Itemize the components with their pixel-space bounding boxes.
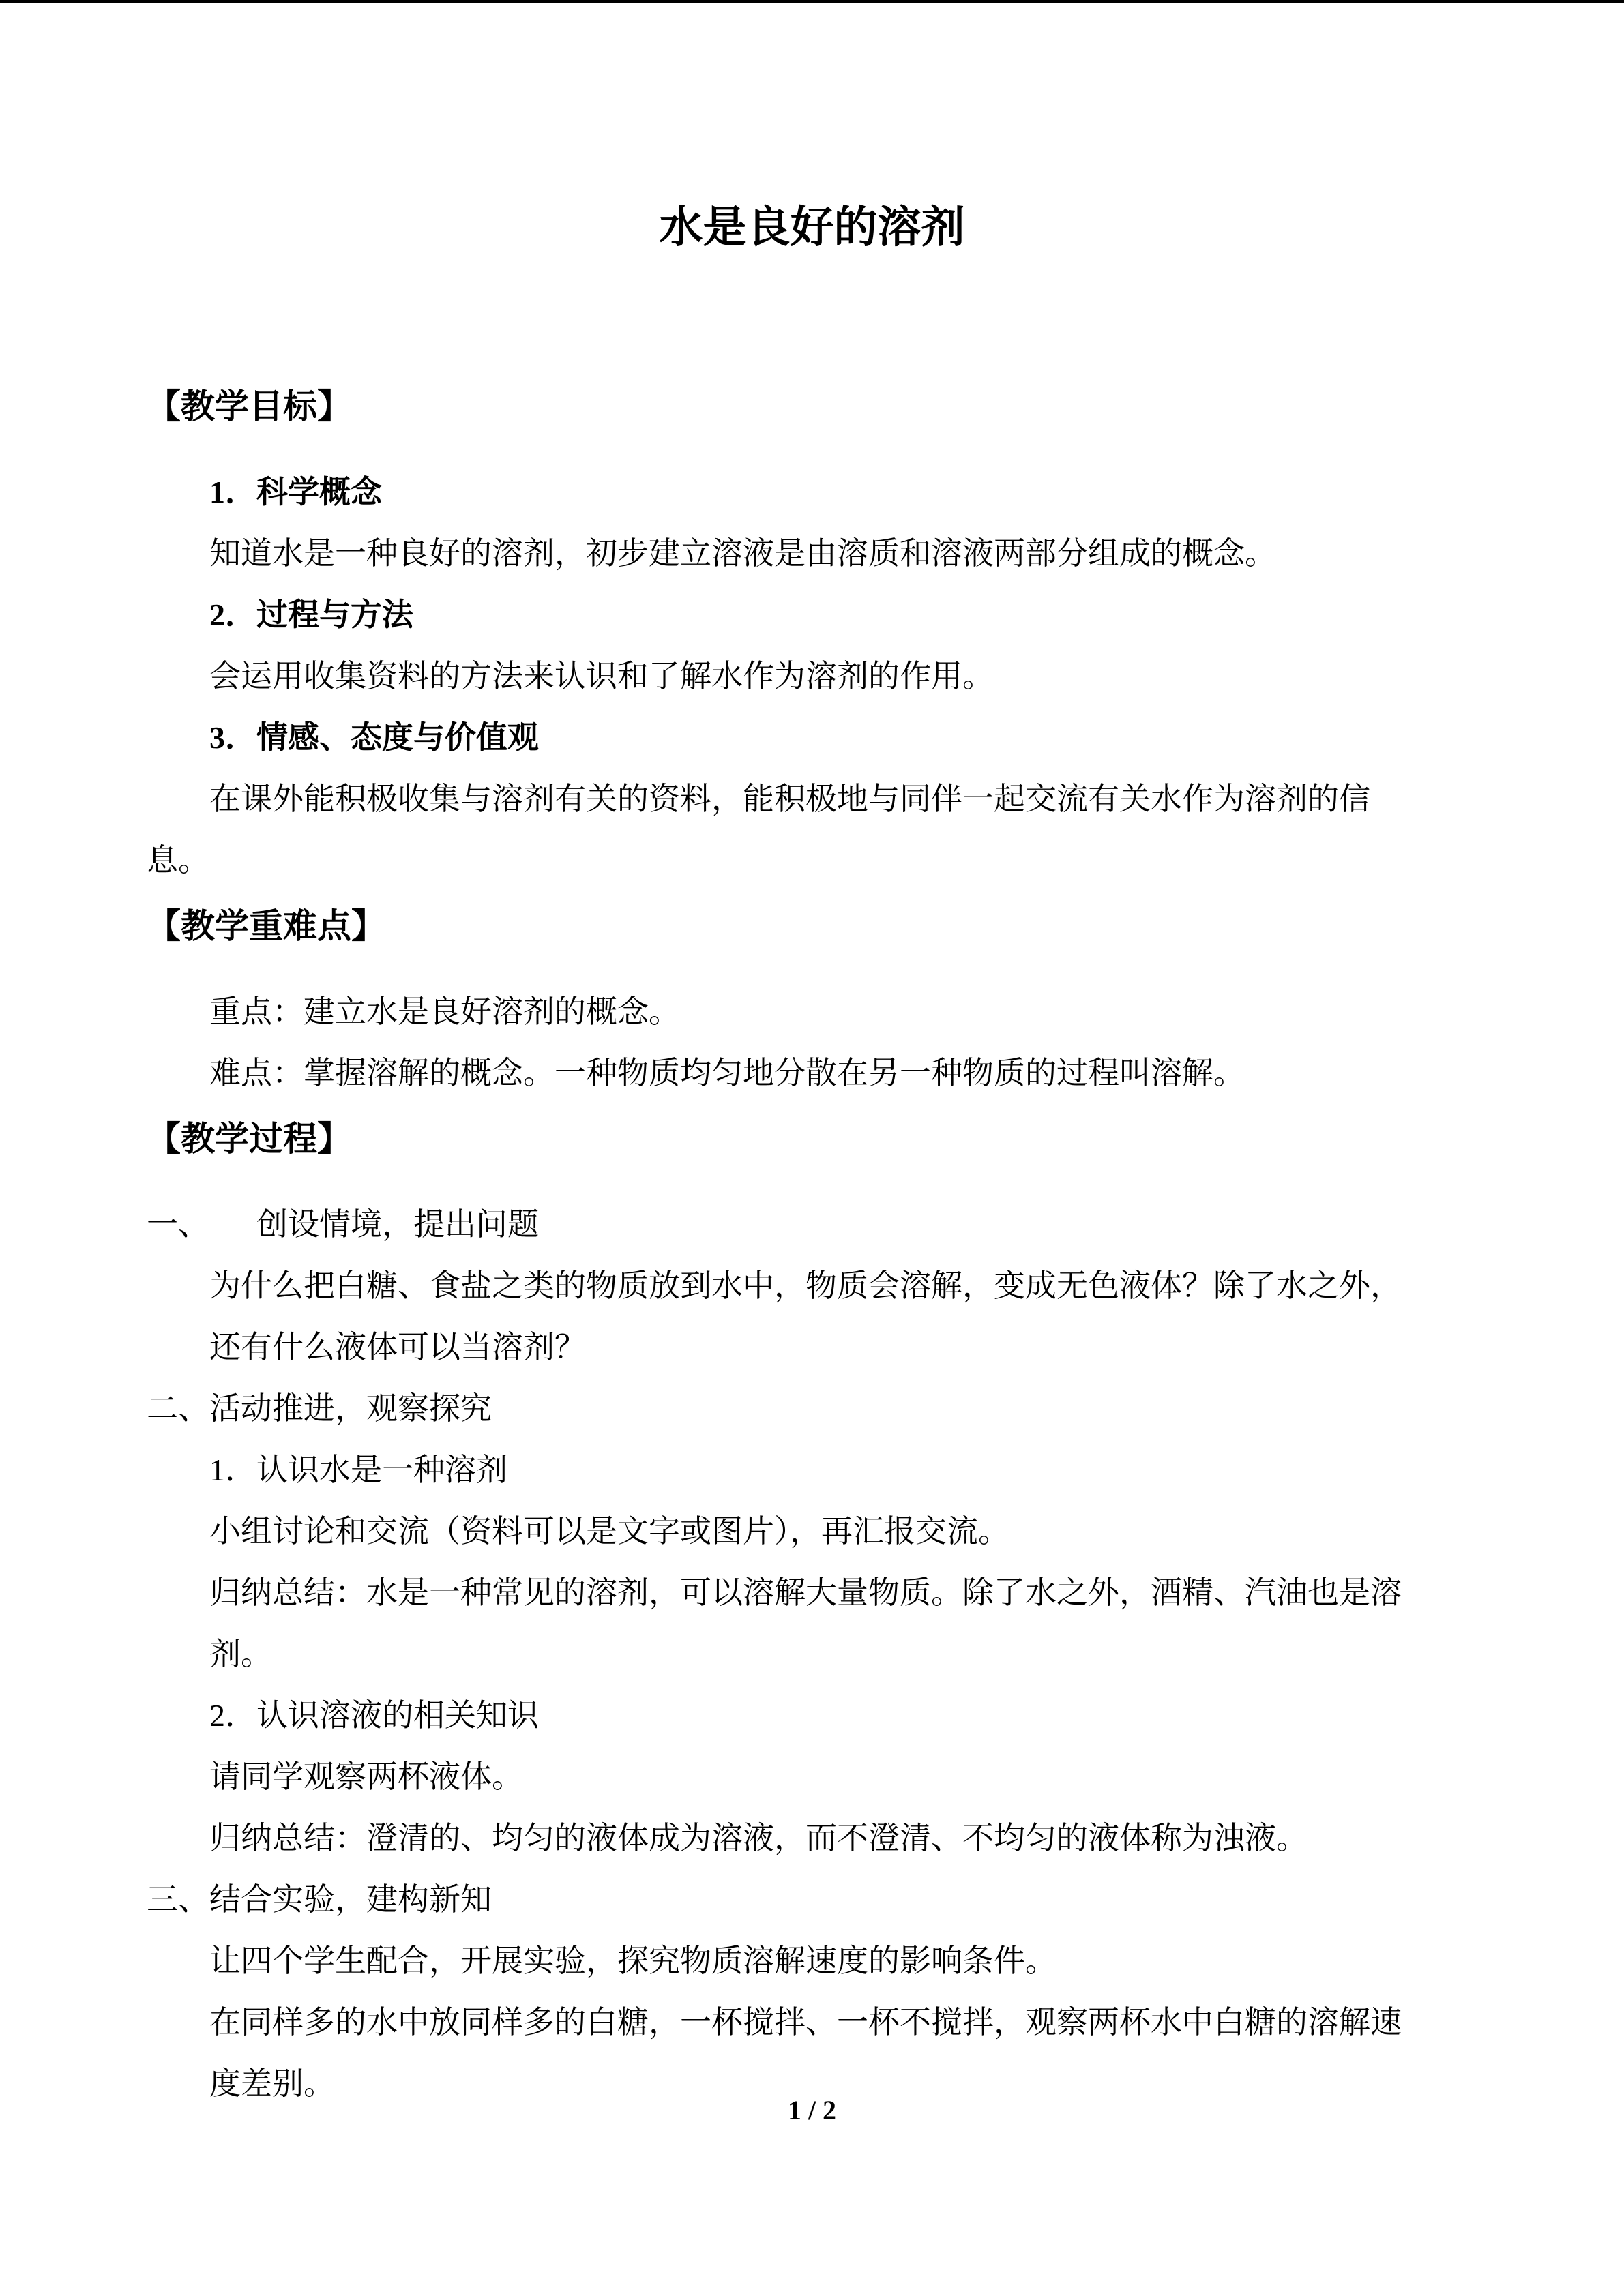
section-item: 一、 创设情境，提出问题 (147, 1194, 1511, 1255)
paragraph-line: 难点：掌握溶解的概念。一种物质均匀地分散在另一种物质的过程叫溶解。 (147, 1043, 1511, 1104)
document-title: 水是良好的溶剂 (0, 205, 1624, 251)
section-heading: 【教学过程】 (147, 1104, 1511, 1174)
paragraph-line: 重点：建立水是良好溶剂的概念。 (147, 981, 1511, 1043)
paragraph-line: 请同学观察两杯液体。 (147, 1746, 1511, 1808)
sub-heading: 3．情感、态度与价值观 (147, 707, 1511, 769)
document-page: 水是良好的溶剂 【教学目标】1．科学概念知道水是一种良好的溶剂，初步建立溶液是由… (0, 0, 1624, 2296)
paragraph-line: 让四个学生配合，开展实验，探究物质溶解速度的影响条件。 (147, 1930, 1511, 1992)
paragraph-line: 归纳总结：水是一种常见的溶剂，可以溶解大量物质。除了水之外，酒精、汽油也是溶 (147, 1562, 1511, 1624)
paragraph-line: 剂。 (147, 1624, 1511, 1685)
sub-heading: 2．过程与方法 (147, 584, 1511, 646)
paragraph-line: 为什么把白糖、食盐之类的物质放到水中，物质会溶解，变成无色液体？除了水之外， (147, 1255, 1511, 1317)
paragraph-line: 小组讨论和交流（资料可以是文字或图片），再汇报交流。 (147, 1501, 1511, 1562)
paragraph-line: 知道水是一种良好的溶剂，初步建立溶液是由溶质和溶液两部分组成的概念。 (147, 523, 1511, 584)
document-body: 【教学目标】1．科学概念知道水是一种良好的溶剂，初步建立溶液是由溶质和溶液两部分… (147, 372, 1511, 2115)
top-border-bar (0, 0, 1624, 3)
page-number: 1 / 2 (0, 2095, 1624, 2126)
paragraph-line: 在课外能积极收集与溶剂有关的资料，能积极地与同伴一起交流有关水作为溶剂的信 (147, 769, 1511, 830)
paragraph-line: 还有什么液体可以当溶剂？ (147, 1317, 1511, 1378)
paragraph-line: 会运用收集资料的方法来认识和了解水作为溶剂的作用。 (147, 646, 1511, 707)
paragraph-line: 息。 (147, 830, 1511, 891)
paragraph-line: 在同样多的水中放同样多的白糖，一杯搅拌、一杯不搅拌，观察两杯水中白糖的溶解速 (147, 1992, 1511, 2053)
paragraph-line: 1．认识水是一种溶剂 (147, 1440, 1511, 1501)
sub-heading: 1．科学概念 (147, 462, 1511, 523)
section-heading: 【教学重难点】 (147, 891, 1511, 961)
section-item: 二、活动推进，观察探究 (147, 1378, 1511, 1440)
section-heading: 【教学目标】 (147, 372, 1511, 441)
paragraph-line: 2．认识溶液的相关知识 (147, 1685, 1511, 1746)
section-item: 三、结合实验，建构新知 (147, 1869, 1511, 1930)
paragraph-line: 归纳总结：澄清的、均匀的液体成为溶液，而不澄清、不均匀的液体称为浊液。 (147, 1808, 1511, 1869)
